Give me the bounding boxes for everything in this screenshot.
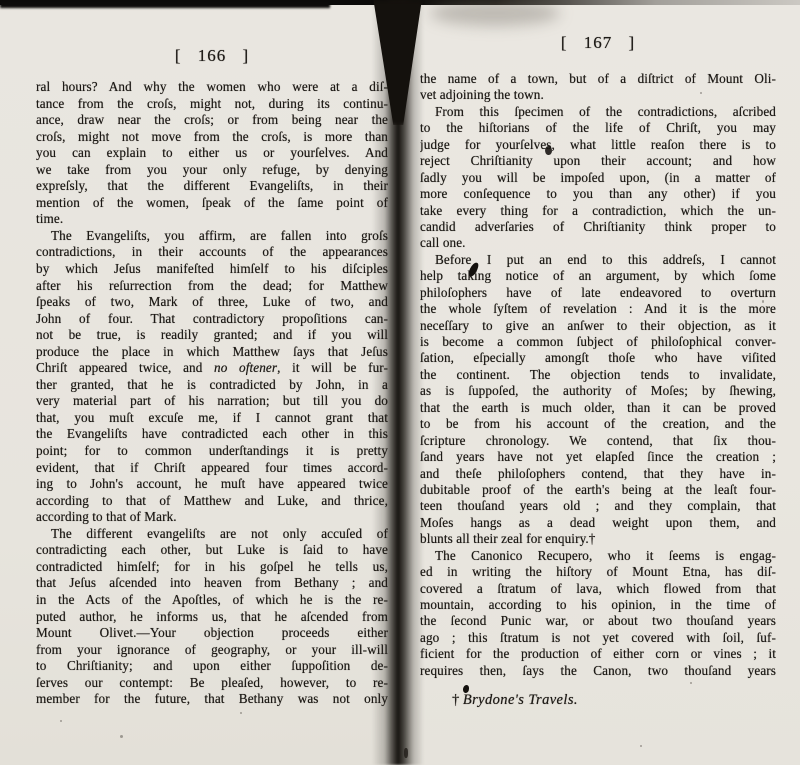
text-line: point; for to common underſtandings it i… [36,443,388,460]
text-line: dubitable proof of the earth's being at … [420,482,776,498]
footnote-brydones-travels: † Brydone's Travels. [452,692,578,709]
text-line: candid adverſaries of Chriſtianity think… [420,219,776,235]
text-line: ſcripture chronology. We contend, that ſ… [420,433,776,449]
text-line: vet adjoining the town. [420,87,776,103]
text-line: is become a common ſubject of philoſophi… [420,334,776,350]
text-line: more conſequence to you than any other) … [420,186,776,202]
scan-edge-artifact-left [0,0,330,8]
left-page-text: ral hours? And why the women who were at… [36,79,388,708]
text-line: the ſecond Punic war, or about two thouſ… [420,613,776,629]
scan-smudge [430,0,560,26]
text-line: to be from his account of the creation, … [420,416,776,432]
text-line: reject Chriſtianity upon their account; … [420,153,776,169]
text-line: requires then, ſays the Canon, two thouſ… [420,663,776,679]
text-line: produce the place in which Matthew ſays … [36,344,388,361]
paper-speck [60,720,62,722]
text-line: mountain, according to his opinion, in t… [420,597,776,613]
text-line: call one. [420,235,776,251]
text-line: to Chriſtianity; and upon either ſuppoſi… [36,658,388,675]
text-line: according to that of Mark. [36,509,388,526]
right-page-text: the name of a town, but of a diſtrict of… [420,71,776,679]
text-line: the Evangeliſts have contradicted each o… [36,426,388,443]
text-line: and theſe philoſophers contend, that the… [420,466,776,482]
text-line: judge for yourſelves, what little reaſon… [420,137,776,153]
text-line: we take from you your only refuge, by de… [36,162,388,179]
text-line: the name of a town, but of a diſtrict of… [420,71,776,87]
text-line: from your ignorance of geography, or you… [36,642,388,659]
text-line: ing to John's account, he muſt have appe… [36,476,388,493]
text-line: as is ſuppoſed, the authority of Moſes; … [420,383,776,399]
text-line: tance from the croſs, might not, during … [36,96,388,113]
text-line: ficient for the production of either cor… [420,646,776,662]
text-line: ſpeaks of two, Mark of three, Luke of tw… [36,294,388,311]
text-line: that, you muſt excuſe me, if I cannot gr… [36,410,388,427]
text-line: ral hours? And why the women who were at… [36,79,388,96]
text-line: member for the future, that Bethany was … [36,691,388,708]
text-line: covered a ſtratum of lava, which flowed … [420,581,776,597]
paper-speck [690,682,692,684]
text-line: very material part of his narration; but… [36,393,388,410]
text-line: you can explain to either us or yourſelv… [36,145,388,162]
text-line: contradictions, in their accounts of the… [36,244,388,261]
text-line: The Canonico Recupero, who it ſeems is e… [420,548,776,564]
text-line: ſerves our contempt: Be pleaſed, however… [36,675,388,692]
text-line: puted author, he informs us, that he aſc… [36,609,388,626]
page-number-right: [ 167 ] [420,33,776,53]
text-line: The Evangeliſts, you affirm, are fallen … [36,228,388,245]
paper-speck [240,712,242,714]
paper-speck [700,92,702,94]
text-line: mention of the women, ſpeak of the ſame … [36,195,388,212]
text-line: From this ſpecimen of the contradictions… [420,104,776,120]
text-line: to the hiſtorians of the life of Chriſt,… [420,120,776,136]
text-line: Moſes hangs as a dead weight upon them, … [420,515,776,531]
text-line: the continent. The objection tends to in… [420,367,776,383]
text-line: time. [36,211,388,228]
text-line: ſadly you will be impoſed upon, (in a ma… [420,170,776,186]
text-line: teen thouſand years old ; and they compl… [420,498,776,514]
text-line: after his reſurrection from the dead; fo… [36,278,388,295]
text-line: ed in writing the hiſtory of Mount Etna,… [420,564,776,580]
text-line: ther granted, that he is contradicted by… [36,377,388,394]
text-line: that Jeſus aſcended into heaven from Bet… [36,575,388,592]
text-line: take every thing for a contradiction, wh… [420,203,776,219]
text-line: evident, that if Chriſt appeared four ti… [36,460,388,477]
text-line: that the earth is much older, than it ca… [420,400,776,416]
text-line: philoſophers have of late endeavored to … [420,285,776,301]
paper-speck [640,745,642,747]
paper-speck [120,735,123,738]
paper-speck [762,300,764,303]
text-line: the whole ſyſtem of revelation : And it … [420,301,776,317]
text-line: neceſſary to give an anſwer to their obj… [420,318,776,334]
text-line: contradicted himſelf; for in his goſpel … [36,559,388,576]
text-line: not be true, is readily granted; and if … [36,327,388,344]
text-line: in the Acts of the Apoſtles, of which he… [36,592,388,609]
text-line: ſation, eſpecially amongſt thoſe who hav… [420,350,776,366]
text-line: croſs, might not move from the croſs, is… [36,129,388,146]
text-line: ago ; this ſtratum is not yet covered wi… [420,630,776,646]
text-line: by which Jeſus manifeſted himſelf to his… [36,261,388,278]
text-line: contradicting each other, but Luke is ſa… [36,542,388,559]
text-line: John of four. That contradictory propoſi… [36,311,388,328]
text-line: ance, draw near the croſs; or from being… [36,112,388,129]
text-line: The different evangeliſts are not only a… [36,526,388,543]
text-line: blunts all their zeal for enquiry.† [420,531,776,547]
paper-speck [772,142,774,144]
text-line: expreſsly, that the different Evangeliſt… [36,178,388,195]
text-line: ſand years have not yet elapſed ſince th… [420,449,776,465]
text-line: according to that of Matthew and Luke, a… [36,493,388,510]
page-number-left: [ 166 ] [36,46,388,66]
text-line: Chriſt appeared twice, and no oftener, i… [36,360,388,377]
text-line: Mount Olivet.—Your objection proceeds ei… [36,625,388,642]
paper-speck [404,748,408,758]
